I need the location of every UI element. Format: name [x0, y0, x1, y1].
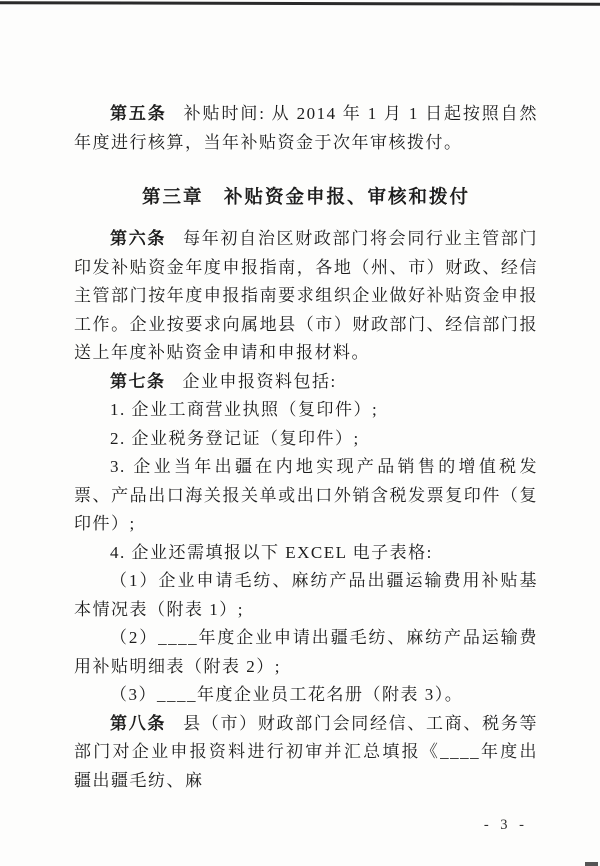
paragraph: 第五条补贴时间: 从 2014 年 1 月 1 日起按照自然年度进行核算，当年补…	[74, 100, 538, 157]
list-item: （1）企业申请毛纺、麻纺产品出疆运输费用补贴基本情况表（附表 1）;	[74, 567, 538, 624]
paragraph-text: 4. 企业还需填报以下 EXCEL 电子表格:	[110, 543, 433, 562]
paragraph-text: 企业申报资料包括:	[183, 372, 337, 391]
list-item: 2. 企业税务登记证（复印件）;	[74, 425, 538, 454]
article-label: 第七条	[110, 372, 166, 391]
page-number: - 3 -	[484, 817, 528, 834]
paragraph-text: 1. 企业工商营业执照（复印件）;	[110, 400, 378, 419]
list-item: （3）____年度企业员工花名册（附表 3）。	[74, 681, 538, 710]
list-item: 1. 企业工商营业执照（复印件）;	[74, 396, 538, 425]
article-label: 第八条	[110, 714, 166, 733]
paragraph: 第八条县（市）财政部门会同经信、工商、税务等部门对企业申报资料进行初审并汇总填报…	[74, 710, 538, 796]
document-body: 第五条补贴时间: 从 2014 年 1 月 1 日起按照自然年度进行核算，当年补…	[74, 100, 538, 795]
paragraph: 第七条企业申报资料包括:	[74, 368, 538, 397]
paragraph-text: 2. 企业税务登记证（复印件）;	[110, 429, 360, 448]
paragraph-text: （2）____年度企业申请出疆毛纺、麻纺产品运输费用补贴明细表（附表 2）;	[74, 628, 538, 676]
paragraph-text: 3. 企业当年出疆在内地实现产品销售的增值税发票、产品出口海关报关单或出口外销含…	[74, 457, 538, 533]
article-label: 第五条	[110, 104, 167, 123]
list-item: 4. 企业还需填报以下 EXCEL 电子表格:	[74, 539, 538, 568]
scan-artifact-top-line	[0, 1, 600, 5]
article-label: 第六条	[110, 229, 166, 248]
paragraph-text: （3）____年度企业员工花名册（附表 3）。	[110, 685, 463, 704]
chapter-heading: 第三章 补贴资金申报、审核和拨付	[74, 183, 538, 213]
paragraph: 第六条每年初自治区财政部门将会同行业主管部门印发补贴资金年度申报指南，各地（州、…	[74, 225, 538, 368]
paragraph-text: （1）企业申请毛纺、麻纺产品出疆运输费用补贴基本情况表（附表 1）;	[74, 571, 538, 619]
paragraph-text: 每年初自治区财政部门将会同行业主管部门印发补贴资金年度申报指南，各地（州、市）财…	[74, 229, 538, 362]
list-item: 3. 企业当年出疆在内地实现产品销售的增值税发票、产品出口海关报关单或出口外销含…	[74, 453, 538, 539]
scan-artifact-corner-mark	[585, 862, 598, 866]
list-item: （2）____年度企业申请出疆毛纺、麻纺产品运输费用补贴明细表（附表 2）;	[74, 624, 538, 681]
scanned-document-page: 第五条补贴时间: 从 2014 年 1 月 1 日起按照自然年度进行核算，当年补…	[0, 0, 600, 866]
